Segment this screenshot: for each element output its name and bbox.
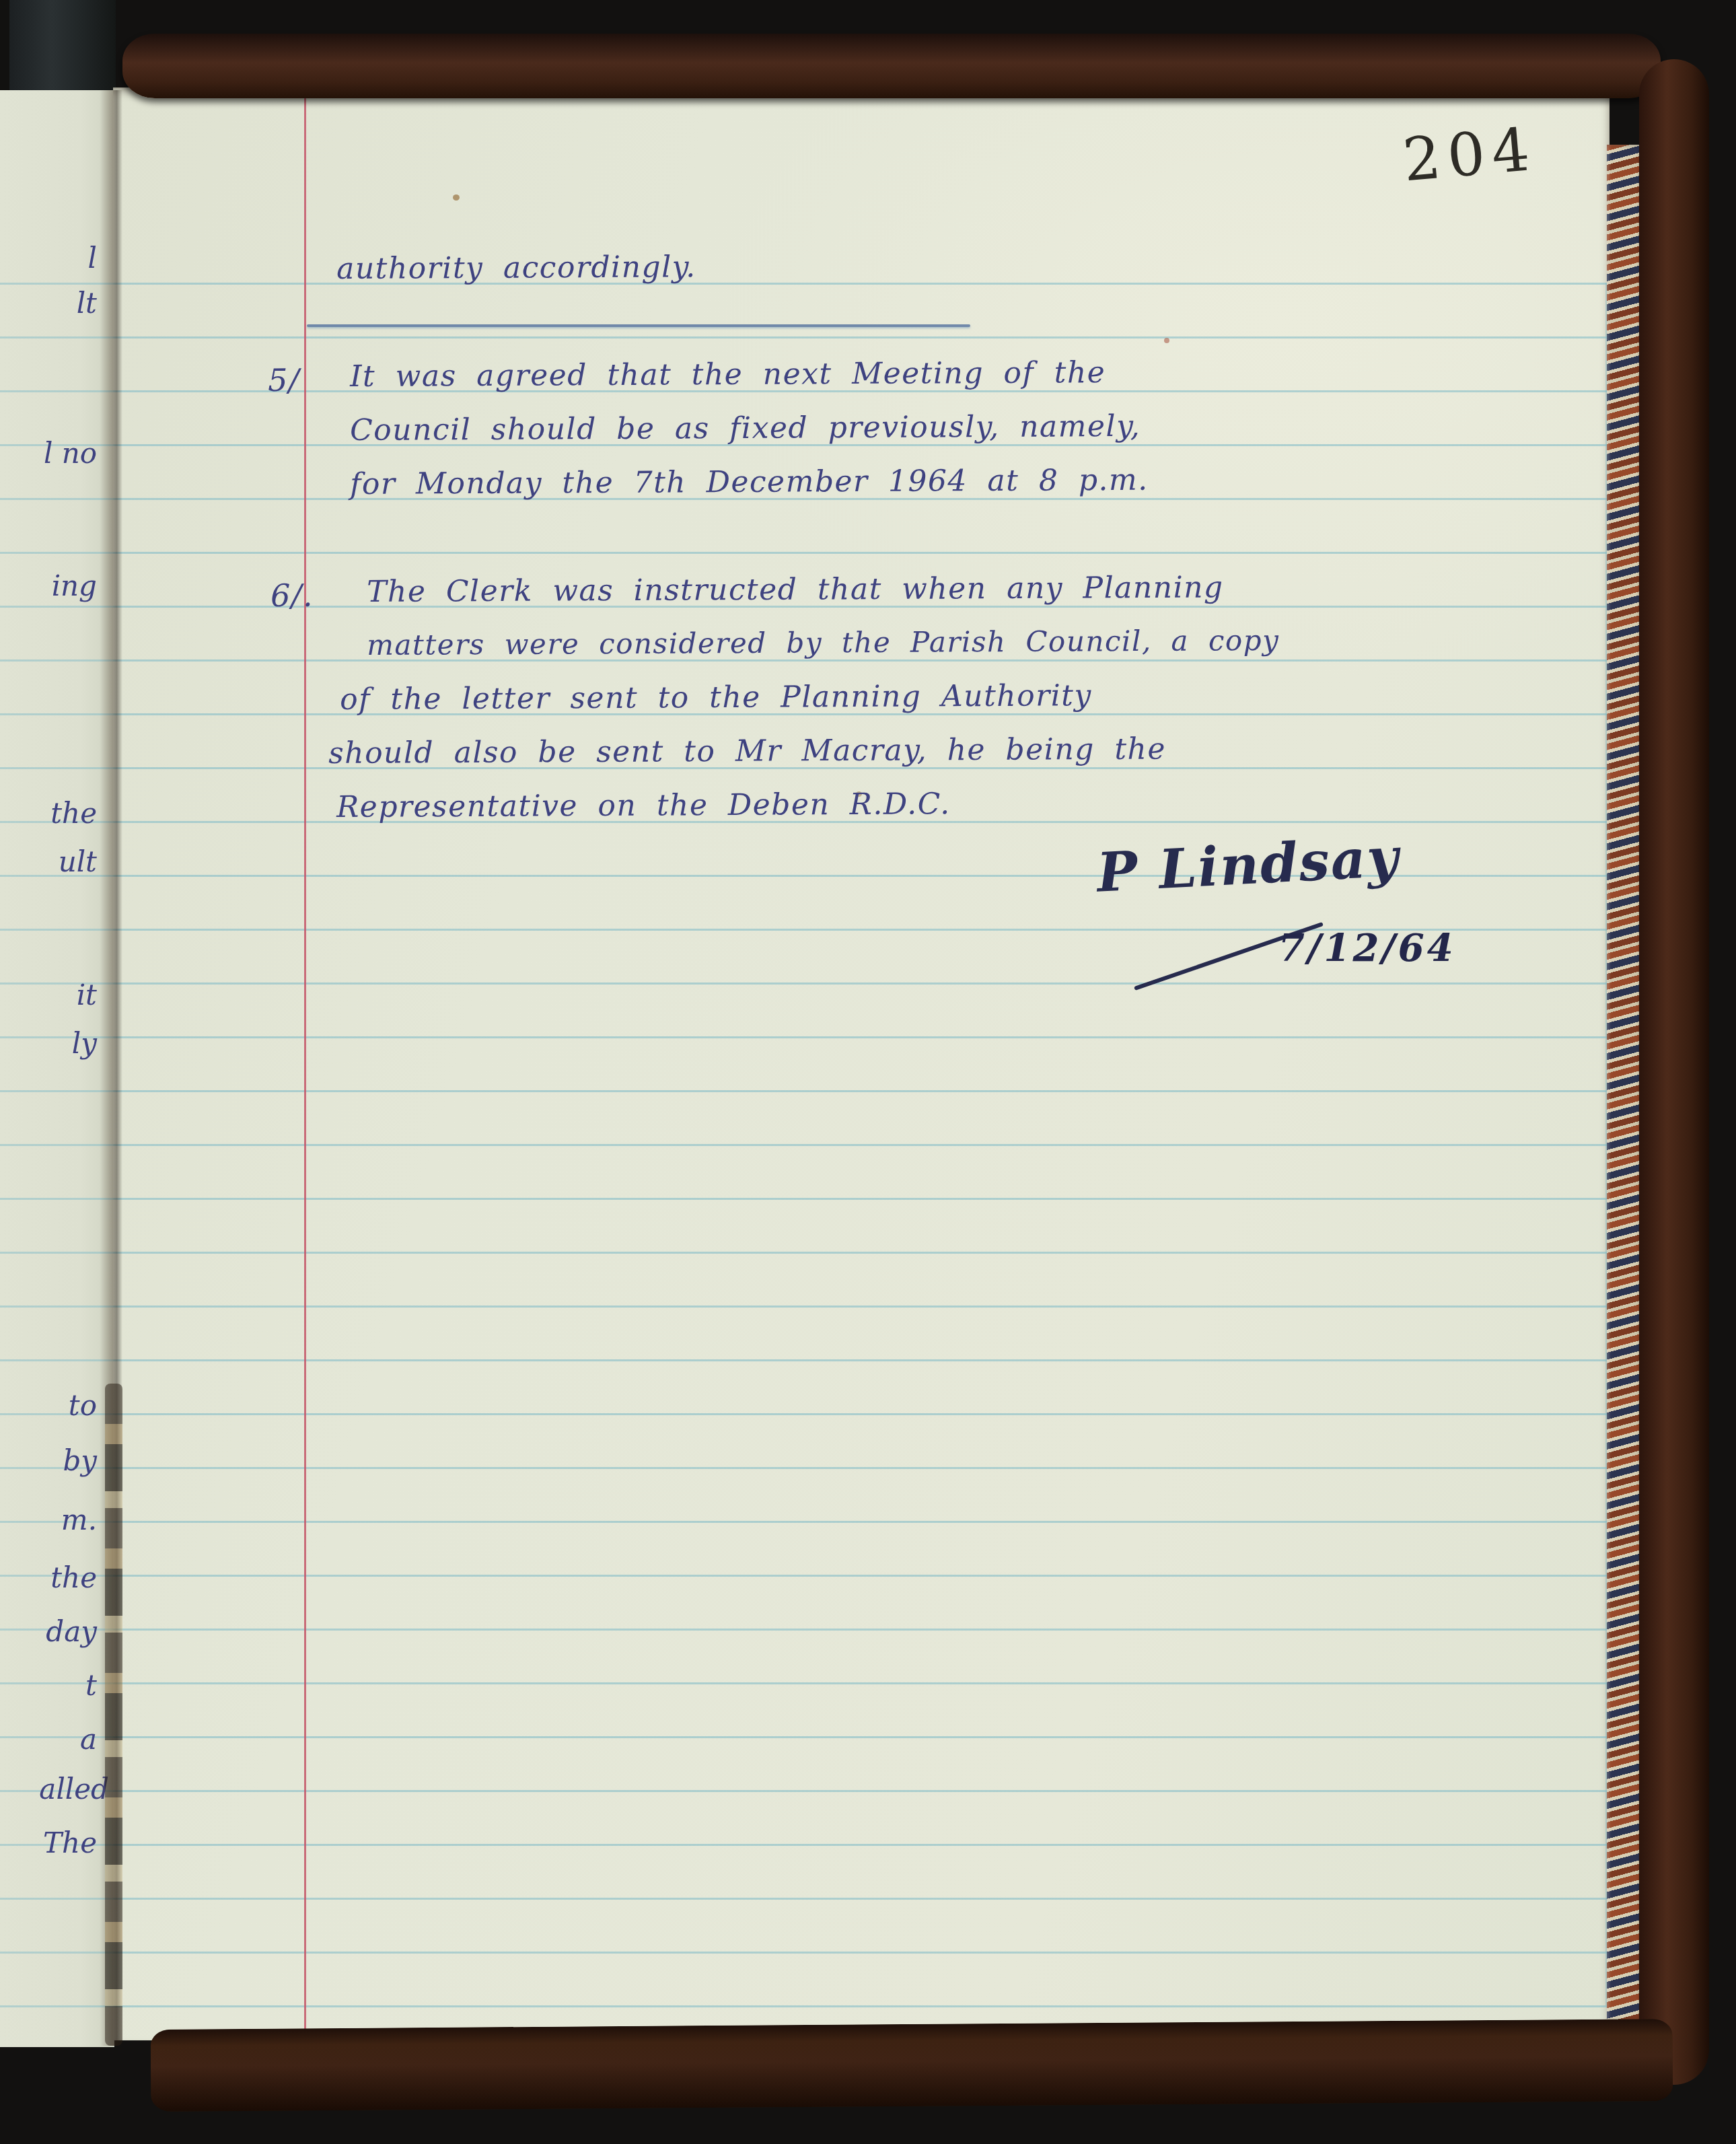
paper-stain [453, 194, 460, 201]
leather-cover-top [122, 34, 1661, 98]
page-fragment: t [85, 1669, 97, 1702]
minutes-closing-line: authority accordingly. [336, 250, 696, 286]
page-fragment: it [77, 978, 97, 1011]
page-fragment: to [69, 1389, 97, 1422]
page-fragment: ly [72, 1027, 97, 1060]
page-fragment: lt [77, 287, 97, 320]
binding-tape [105, 1384, 122, 2046]
page-fragment: by [63, 1444, 97, 1477]
page-fragment: day [46, 1615, 97, 1648]
page-fragment: l no [44, 437, 97, 470]
minute-item-line: should also be sent to Mr Macray, he bei… [328, 731, 1166, 771]
minute-item-line: The Clerk was instructed that when any P… [367, 570, 1224, 609]
paper-stain [1164, 338, 1169, 343]
red-margin-line [304, 93, 306, 2039]
minute-item-line: It was agreed that the next Meeting of t… [350, 355, 1106, 394]
previous-page-strip: l lt l no ing the ult it ly to by m. the… [0, 90, 114, 2047]
page-fragment: l [88, 242, 97, 275]
book-edge-top-left [9, 0, 116, 96]
minute-item-line: matters were considered by the Parish Co… [367, 624, 1279, 662]
minute-book-page: 204 authority accordingly. 5/ It was agr… [113, 87, 1610, 2040]
section-separator-line [307, 324, 970, 327]
page-fore-edge-marbling [1607, 145, 1643, 2021]
leather-cover-right [1639, 59, 1709, 2085]
page-number: 204 [1400, 114, 1539, 195]
page-fragment: ing [52, 569, 97, 602]
page-fragment: the [50, 1561, 97, 1594]
minute-item-line: of the letter sent to the Planning Autho… [340, 678, 1092, 717]
minute-item-line: for Monday the 7th December 1964 at 8 p.… [350, 463, 1149, 501]
leather-cover-bottom [151, 2019, 1673, 2112]
minute-item-number: 6/. [270, 577, 314, 614]
page-fragment: a [80, 1723, 97, 1756]
minute-item-line: Representative on the Deben R.D.C. [336, 787, 951, 824]
page-fragment: The [43, 1826, 97, 1859]
minute-book-scan: l lt l no ing the ult it ly to by m. the… [0, 0, 1736, 2144]
minute-item-number: 5/ [268, 362, 300, 398]
page-fragment: the [50, 797, 97, 830]
ruled-lines-left [0, 283, 114, 2008]
page-fragment: alled [39, 1773, 109, 1806]
ruled-lines [113, 283, 1610, 2008]
page-fragment: ult [59, 845, 97, 878]
page-fragment: m. [61, 1503, 97, 1536]
minute-item-line: Council should be as fixed previously, n… [350, 409, 1141, 448]
signature-date: 7/12/64 [1278, 926, 1456, 970]
